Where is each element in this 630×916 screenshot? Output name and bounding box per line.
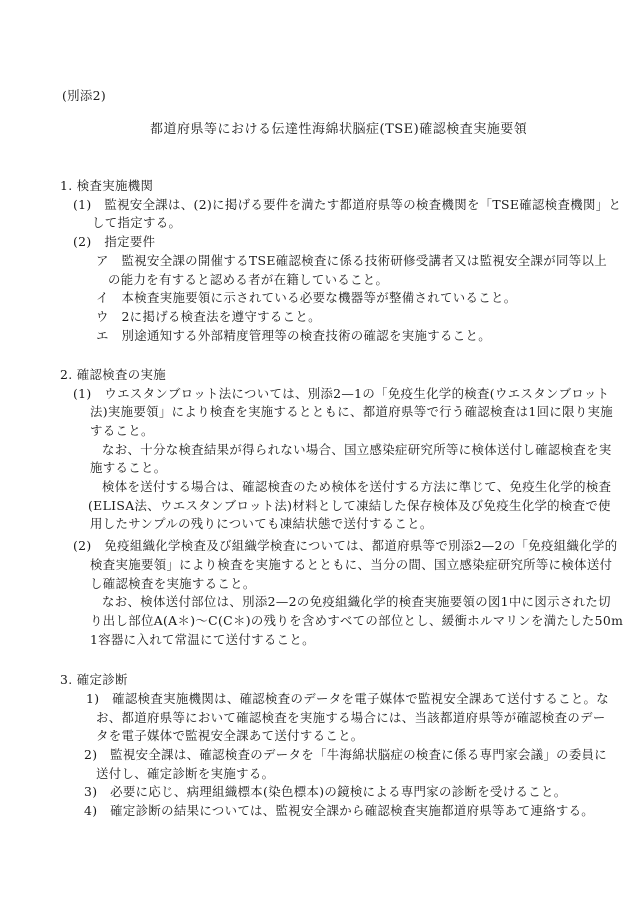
attachment-label: (別添2)	[62, 88, 106, 104]
paragraph-line: ウ 2に掲げる検査法を遵守すること。	[96, 309, 321, 325]
paragraph-line: (ELISA法、ウエスタンブロット法)材料として凍結した保存検体及び免疫生化学的…	[88, 498, 611, 514]
section-heading: 3. 確定診断	[60, 672, 128, 688]
paragraph-line: 1容器に入れて常温にて送付すること。	[90, 632, 315, 648]
paragraph-line: 施すること。	[90, 460, 166, 476]
paragraph-line: 法)実施要領」により検査を実施するとともに、都道府県等で行う確認検査は1回に限り…	[90, 404, 613, 420]
paragraph-line: すること。	[90, 423, 154, 439]
paragraph-line: の能力を有すると認める者が在籍していること。	[108, 272, 388, 288]
paragraph-line: し確認検査を実施すること。	[90, 576, 256, 592]
paragraph-line: 3) 必要に応じ、病理組織標本(染色標本)の鏡検による専門家の診断を受けること。	[84, 784, 566, 800]
paragraph-line: (2) 指定要件	[73, 234, 155, 250]
document-title: 都道府県等における伝達性海綿状脳症(TSE)確認検査実施要領	[150, 122, 527, 138]
section-heading: 1. 検査実施機関	[60, 178, 153, 194]
section-heading: 2. 確認検査の実施	[60, 367, 166, 383]
paragraph-line: お、都道府県等において確認検査を実施する場合には、当該都道府県等が確認検査のデー	[96, 710, 606, 726]
paragraph-line: なお、検体送付部位は、別添2—2の免疫組織化学的検査実施要領の図1中に図示された…	[102, 594, 611, 610]
paragraph-line: して指定する。	[92, 215, 181, 231]
paragraph-line: なお、十分な検査結果が得られない場合、国立感染症研究所等に検体送付し確認検査を実	[102, 442, 612, 458]
paragraph-line: 用したサンプルの残りについても凍結状態で送付すること。	[90, 516, 433, 532]
paragraph-line: 検体を送付する場合は、確認検査のため検体を送付する方法に準じて、免疫生化学的検査	[102, 479, 611, 495]
paragraph-line: ア 監視安全課の開催するTSE確認検査に係る技術研修受講者又は監視安全課が同等以…	[96, 253, 607, 269]
paragraph-line: 検査実施要領」により検査を実施するとともに、当分の間、国立感染症研究所等に検体送…	[90, 557, 612, 573]
paragraph-line: り出し部位A(A＊)～C(C＊)の残りを含めすべての部位とし、緩衝ホルマリンを満…	[90, 613, 623, 629]
paragraph-line: (2) 免疫組織化学検査及び組織学検査については、都道府県等で別添2—2の「免疫…	[73, 538, 617, 554]
paragraph-line: (1) ウエスタンブロット法については、別添2—1の「免疫生化学的検査(ウエスタ…	[73, 386, 609, 402]
paragraph-line: 4) 確定診断の結果については、監視安全課から確認検査実施都道府県等あて連絡する…	[84, 803, 594, 819]
paragraph-line: タを電子媒体で監視安全課あて送付すること。	[96, 728, 364, 744]
paragraph-line: 2) 監視安全課は、確認検査のデータを「牛海綿状脳症の検査に係る専門家会議」の委…	[84, 747, 607, 763]
paragraph-line: (1) 監視安全課は、(2)に掲げる要件を満たす都道府県等の検査機関を「TSE確…	[73, 197, 621, 213]
paragraph-line: イ 本検査実施要領に示されている必要な機器等が整備されていること。	[96, 290, 516, 306]
paragraph-line: エ 別途通知する外部精度管理等の検査技術の確認を実施すること。	[96, 328, 491, 344]
paragraph-line: 1) 確認検査実施機関は、確認検査のデータを電子媒体で監視安全課あて送付すること…	[86, 691, 609, 707]
paragraph-line: 送付し、確定診断を実施する。	[96, 766, 274, 782]
